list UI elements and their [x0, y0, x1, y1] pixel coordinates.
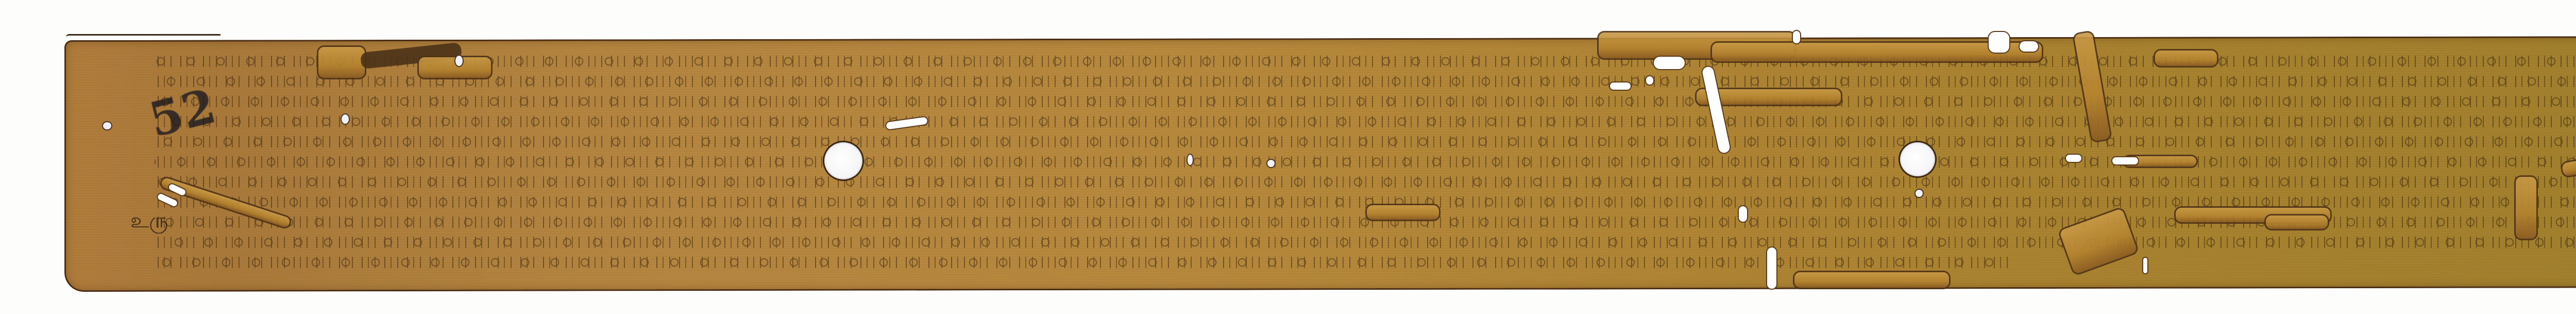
binding-hole-right [1900, 142, 1935, 176]
pinhole [1267, 160, 1275, 167]
leaf-breach [1610, 82, 1631, 90]
text-line [155, 112, 2576, 131]
insect-damage [1793, 271, 1951, 289]
leaf-breach [2066, 155, 2081, 162]
insect-damage [417, 56, 493, 79]
pinhole [103, 122, 111, 129]
leaf-breach [1654, 57, 1685, 69]
leaf-breach [2020, 41, 2038, 52]
insect-damage [317, 45, 366, 79]
text-line [155, 132, 2576, 152]
text-line [155, 92, 2576, 111]
insect-damage [2514, 175, 2538, 240]
pinhole [1188, 155, 1193, 165]
binding-hole-left [824, 142, 862, 179]
leaf-top-edge-flap [66, 34, 221, 43]
insect-damage [2264, 214, 2329, 230]
leaf-breach [1739, 206, 1747, 222]
manuscript-text-block [155, 52, 2576, 273]
pinhole [455, 56, 463, 66]
leaf-breach [2112, 157, 2138, 164]
leaf-breach [2143, 258, 2147, 273]
text-line [155, 72, 2576, 91]
text-line [155, 253, 2009, 272]
pinhole [342, 114, 349, 124]
text-line [155, 233, 2576, 252]
leaf-breach [1646, 76, 1653, 85]
text-line [155, 172, 2576, 192]
pinhole [1916, 190, 1923, 197]
text-line [155, 152, 2576, 172]
insect-damage [1365, 204, 1440, 221]
leaf-breach [1767, 247, 1776, 289]
insect-damage [2154, 49, 2218, 68]
leaf-breach [1793, 31, 1800, 43]
leaf-breach [1989, 32, 2009, 53]
